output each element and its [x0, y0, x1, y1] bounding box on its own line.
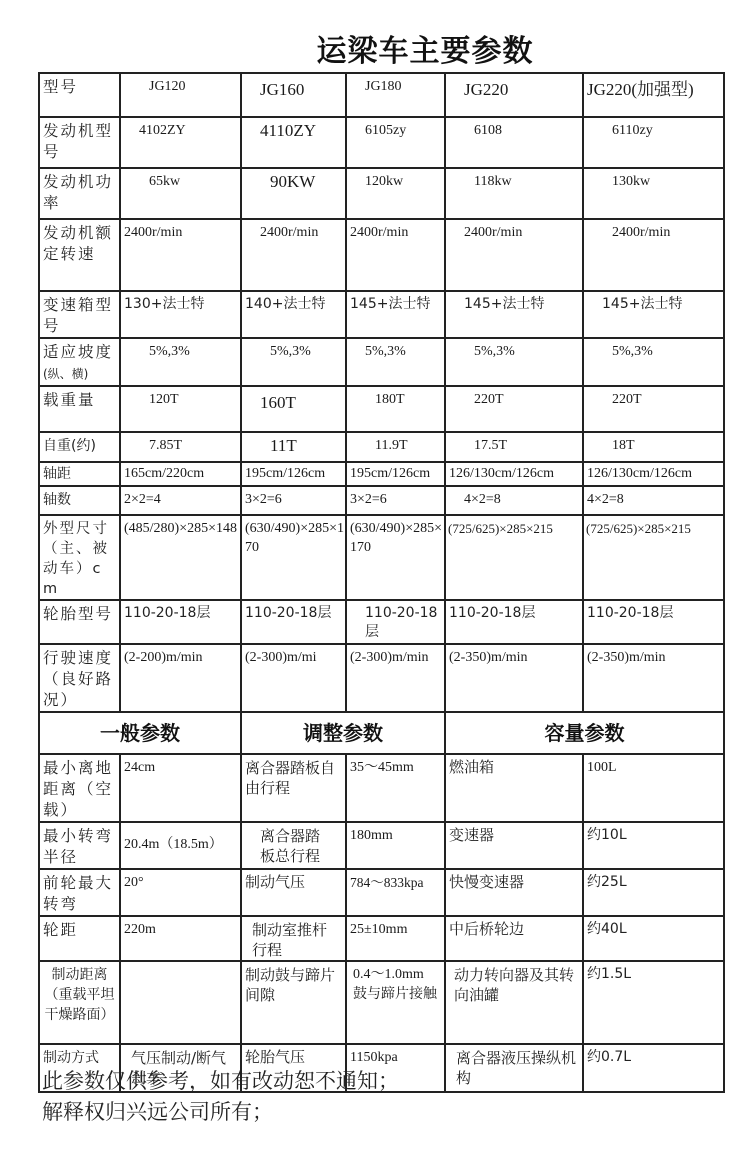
cell-value: (2-350)m/min	[583, 644, 724, 712]
params-row: 最小离地距离（空载） 24cm 离合器踏板自由行程 35～45mm 燃油箱 10…	[39, 754, 724, 822]
general-label: 最小离地距离（空载）	[39, 754, 120, 822]
cell-value: 4102ZY	[120, 117, 241, 168]
cell-value: 11.9T	[346, 432, 445, 462]
model-name: JG120	[120, 73, 241, 117]
row-label: 发动机型号	[39, 117, 120, 168]
cell-value: 220T	[445, 386, 583, 432]
cell-value: 2400r/min	[346, 219, 445, 291]
row-label: 轴数	[39, 486, 120, 515]
cell-value: 110-20-18层	[445, 600, 583, 644]
general-label: 最小转弯半径	[39, 822, 120, 869]
adjust-value: 35～45mm	[346, 754, 445, 822]
section-capacity-title: 容量参数	[445, 712, 724, 754]
cell-value: 120kw	[346, 168, 445, 219]
general-value: 24cm	[120, 754, 241, 822]
cell-value: 126/130cm/126cm	[583, 462, 724, 486]
section-adjustment-title: 调整参数	[241, 712, 445, 754]
table-row: 发动机功率 65kw 90KW 120kw 118kw 130kw	[39, 168, 724, 219]
cell-value: 140+法士特	[241, 291, 346, 338]
cell-value: 7.85T	[120, 432, 241, 462]
cell-value: 110-20-18层	[583, 600, 724, 644]
general-value	[120, 961, 241, 1044]
cell-value: 6110zy	[583, 117, 724, 168]
capacity-label: 快慢变速器	[445, 869, 583, 916]
cell-value: (2-350)m/min	[445, 644, 583, 712]
cell-value: (725/625)×285×215	[583, 515, 724, 600]
general-label: 制动距离（重载平坦干燥路面）	[39, 961, 120, 1044]
table-row: 变速箱型号 130+法士特 140+法士特 145+法士特 145+法士特 14…	[39, 291, 724, 338]
table-row: 发动机型号 4102ZY 4110ZY 6105zy 6108 6110zy	[39, 117, 724, 168]
params-row: 最小转弯半径 20.4m（18.5m） 离合器踏板总行程 180mm 变速器 约…	[39, 822, 724, 869]
capacity-label: 中后桥轮边	[445, 916, 583, 961]
cell-value: 110-20-18层	[346, 600, 445, 644]
table-row: 轴距 165cm/220cm 195cm/126cm 195cm/126cm 1…	[39, 462, 724, 486]
cell-value: 4110ZY	[241, 117, 346, 168]
capacity-value: 约10L	[583, 822, 724, 869]
cell-value: (2-300)m/min	[346, 644, 445, 712]
cell-value: 130+法士特	[120, 291, 241, 338]
cell-value: 6105zy	[346, 117, 445, 168]
cell-value: 2400r/min	[445, 219, 583, 291]
cell-value: 5%,3%	[346, 338, 445, 386]
cell-value: 145+法士特	[445, 291, 583, 338]
cell-value: 2400r/min	[120, 219, 241, 291]
cell-value: 2×2=4	[120, 486, 241, 515]
cell-value: 195cm/126cm	[346, 462, 445, 486]
general-value: 20°	[120, 869, 241, 916]
cell-value: 160T	[241, 386, 346, 432]
row-label: 外型尺寸（主、被动车）cm	[39, 515, 120, 600]
table-row: 轮胎型号 110-20-18层 110-20-18层 110-20-18层 11…	[39, 600, 724, 644]
cell-value: 4×2=8	[583, 486, 724, 515]
cell-value: 5%,3%	[241, 338, 346, 386]
params-row: 前轮最大转弯 20° 制动气压 784～833kpa 快慢变速器 约25L	[39, 869, 724, 916]
general-label: 前轮最大转弯	[39, 869, 120, 916]
note-line: 解释权归兴远公司所有；	[42, 1097, 399, 1128]
cell-value: 165cm/220cm	[120, 462, 241, 486]
row-label: 发动机功率	[39, 168, 120, 219]
row-label: 自重(约)	[39, 432, 120, 462]
cell-value: (485/280)×285×148	[120, 515, 241, 600]
note-line: 此参数仅供参考，如有改动恕不通知；	[42, 1066, 399, 1097]
general-label: 轮距	[39, 916, 120, 961]
model-name: JG220(加强型)	[583, 73, 724, 117]
section-general-title: 一般参数	[39, 712, 241, 754]
disclaimer-notes: 此参数仅供参考，如有改动恕不通知； 解释权归兴远公司所有；	[42, 1066, 399, 1128]
table-row: 行驶速度（良好路况） (2-200)m/min (2-300)m/mi (2-3…	[39, 644, 724, 712]
cell-value: 5%,3%	[120, 338, 241, 386]
table-row: 外型尺寸（主、被动车）cm (485/280)×285×148 (630/490…	[39, 515, 724, 600]
cell-value: 2400r/min	[241, 219, 346, 291]
spec-table: 型号 JG120 JG160 JG180 JG220 JG220(加强型) 发动…	[38, 72, 725, 1093]
page-title: 运梁车主要参数	[0, 26, 750, 70]
cell-value: 6108	[445, 117, 583, 168]
row-label: 载重量	[39, 386, 120, 432]
cell-value: 90KW	[241, 168, 346, 219]
row-label: 发动机额定转速	[39, 219, 120, 291]
row-label: 轮胎型号	[39, 600, 120, 644]
adjust-label: 制动气压	[241, 869, 346, 916]
table-row: 发动机额定转速 2400r/min 2400r/min 2400r/min 24…	[39, 219, 724, 291]
cell-value: 5%,3%	[445, 338, 583, 386]
adjust-label: 制动鼓与蹄片间隙	[241, 961, 346, 1044]
cell-value: 120T	[120, 386, 241, 432]
capacity-value: 约25L	[583, 869, 724, 916]
cell-value: 3×2=6	[241, 486, 346, 515]
cell-value: 17.5T	[445, 432, 583, 462]
table-row: 适应坡度(纵、横) 5%,3% 5%,3% 5%,3% 5%,3% 5%,3%	[39, 338, 724, 386]
capacity-value: 约1.5L	[583, 961, 724, 1044]
table-row: 载重量 120T 160T 180T 220T 220T	[39, 386, 724, 432]
model-name: JG220	[445, 73, 583, 117]
adjust-label: 离合器踏板自由行程	[241, 754, 346, 822]
cell-value: 18T	[583, 432, 724, 462]
cell-value: 195cm/126cm	[241, 462, 346, 486]
cell-value: 180T	[346, 386, 445, 432]
adjust-value: 25±10mm	[346, 916, 445, 961]
row-label: 适应坡度(纵、横)	[39, 338, 120, 386]
cell-value: (2-200)m/min	[120, 644, 241, 712]
row-label: 变速箱型号	[39, 291, 120, 338]
adjust-label: 制动室推杆行程	[241, 916, 346, 961]
adjust-value: 784～833kpa	[346, 869, 445, 916]
capacity-value: 100L	[583, 754, 724, 822]
adjust-value: 0.4～1.0mm 鼓与蹄片接触	[346, 961, 445, 1044]
table-row: 轴数 2×2=4 3×2=6 3×2=6 4×2=8 4×2=8	[39, 486, 724, 515]
cell-value: 4×2=8	[445, 486, 583, 515]
cell-value: 126/130cm/126cm	[445, 462, 583, 486]
cell-value: 145+法士特	[346, 291, 445, 338]
row-label: 轴距	[39, 462, 120, 486]
cell-value: 11T	[241, 432, 346, 462]
cell-value: 2400r/min	[583, 219, 724, 291]
capacity-label: 燃油箱	[445, 754, 583, 822]
capacity-value: 约40L	[583, 916, 724, 961]
cell-value: 65kw	[120, 168, 241, 219]
row-label-main: 适应坡度	[43, 343, 113, 361]
row-label-sub: (纵、横)	[43, 367, 88, 381]
cell-value: 110-20-18层	[120, 600, 241, 644]
general-value: 220m	[120, 916, 241, 961]
cell-value: 3×2=6	[346, 486, 445, 515]
row-label: 型号	[39, 73, 120, 117]
model-header-row: 型号 JG120 JG160 JG180 JG220 JG220(加强型)	[39, 73, 724, 117]
cell-value: (630/490)×285×170	[241, 515, 346, 600]
capacity-value: 约0.7L	[583, 1044, 724, 1092]
row-label: 行驶速度（良好路况）	[39, 644, 120, 712]
cell-value: 118kw	[445, 168, 583, 219]
capacity-label: 动力转向器及其转向油罐	[445, 961, 583, 1044]
table-row: 自重(约) 7.85T 11T 11.9T 17.5T 18T	[39, 432, 724, 462]
adjust-label: 离合器踏板总行程	[241, 822, 346, 869]
cell-value: (630/490)×285×170	[346, 515, 445, 600]
capacity-label: 离合器液压操纵机构	[445, 1044, 583, 1092]
cell-value: (725/625)×285×215	[445, 515, 583, 600]
cell-value: 5%,3%	[583, 338, 724, 386]
params-row: 轮距 220m 制动室推杆行程 25±10mm 中后桥轮边 约40L	[39, 916, 724, 961]
model-name: JG180	[346, 73, 445, 117]
cell-value: 110-20-18层	[241, 600, 346, 644]
cell-value: 130kw	[583, 168, 724, 219]
general-value: 20.4m（18.5m）	[120, 822, 241, 869]
cell-value: 220T	[583, 386, 724, 432]
params-row: 制动距离（重载平坦干燥路面） 制动鼓与蹄片间隙 0.4～1.0mm 鼓与蹄片接触…	[39, 961, 724, 1044]
cell-value: (2-300)m/mi	[241, 644, 346, 712]
cell-value: 145+法士特	[583, 291, 724, 338]
adjust-value: 180mm	[346, 822, 445, 869]
capacity-label: 变速器	[445, 822, 583, 869]
section-header-row: 一般参数 调整参数 容量参数	[39, 712, 724, 754]
model-name: JG160	[241, 73, 346, 117]
